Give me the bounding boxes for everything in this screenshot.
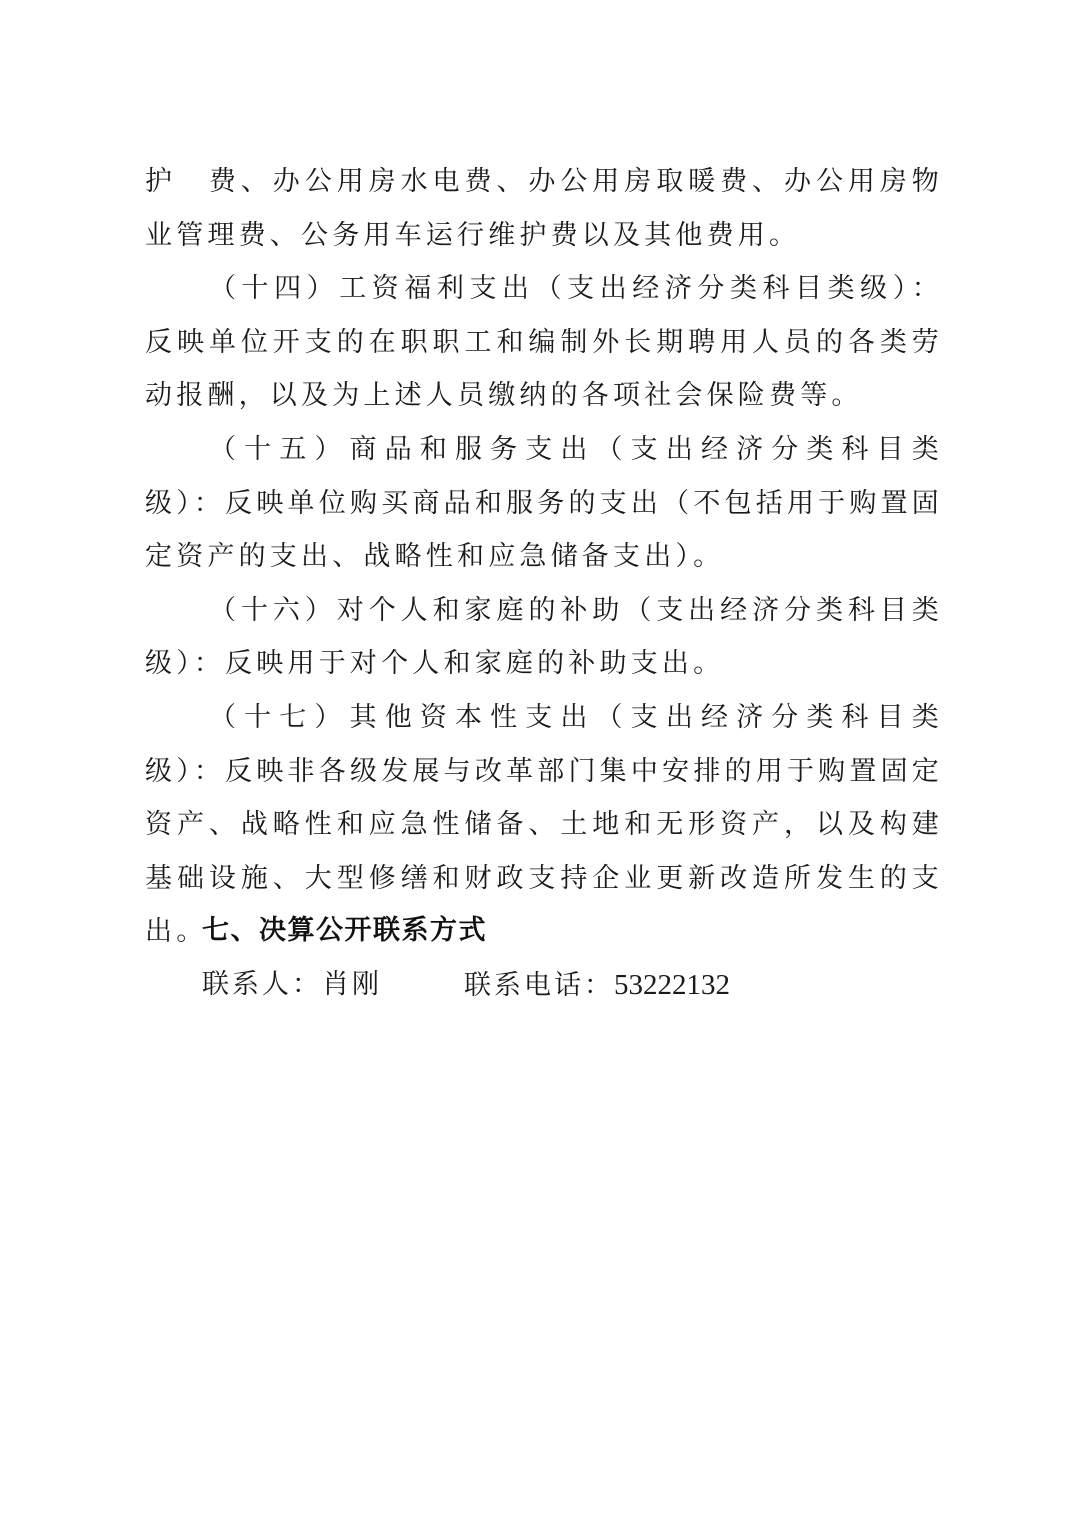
contact-phone: 联系电话：53222132 <box>464 961 730 1010</box>
contact-person-name: 肖刚 <box>322 969 382 1000</box>
contact-person: 联系人：肖刚 <box>202 961 464 1010</box>
section-heading: 七、决算公开联系方式 <box>202 907 487 955</box>
paragraph-item-16: （十六）对个人和家庭的补助（支出经济分类科目类级）：反映用于对个人和家庭的补助支… <box>145 584 943 691</box>
paragraph-item-15: （十五）商品和服务支出（支出经济分类科目类级）：反映单位购买商品和服务的支出（不… <box>145 423 943 584</box>
document-body: 护 费、办公用房水电费、办公用房取暖费、办公用房物业管理费、公务用车运行维护费以… <box>145 155 943 959</box>
paragraph-continuation: 护 费、办公用房水电费、办公用房取暖费、办公用房物业管理费、公务用车运行维护费以… <box>145 155 943 262</box>
contact-phone-label: 联系电话： <box>464 970 614 1001</box>
paragraph-item-14: （十四）工资福利支出（支出经济分类科目类级）：反映单位开支的在职职工和编制外长期… <box>145 262 943 423</box>
contact-line: 联系人：肖刚 联系电话：53222132 <box>202 961 730 1010</box>
contact-person-label: 联系人： <box>202 969 322 1000</box>
contact-phone-number: 53222132 <box>614 969 730 1001</box>
